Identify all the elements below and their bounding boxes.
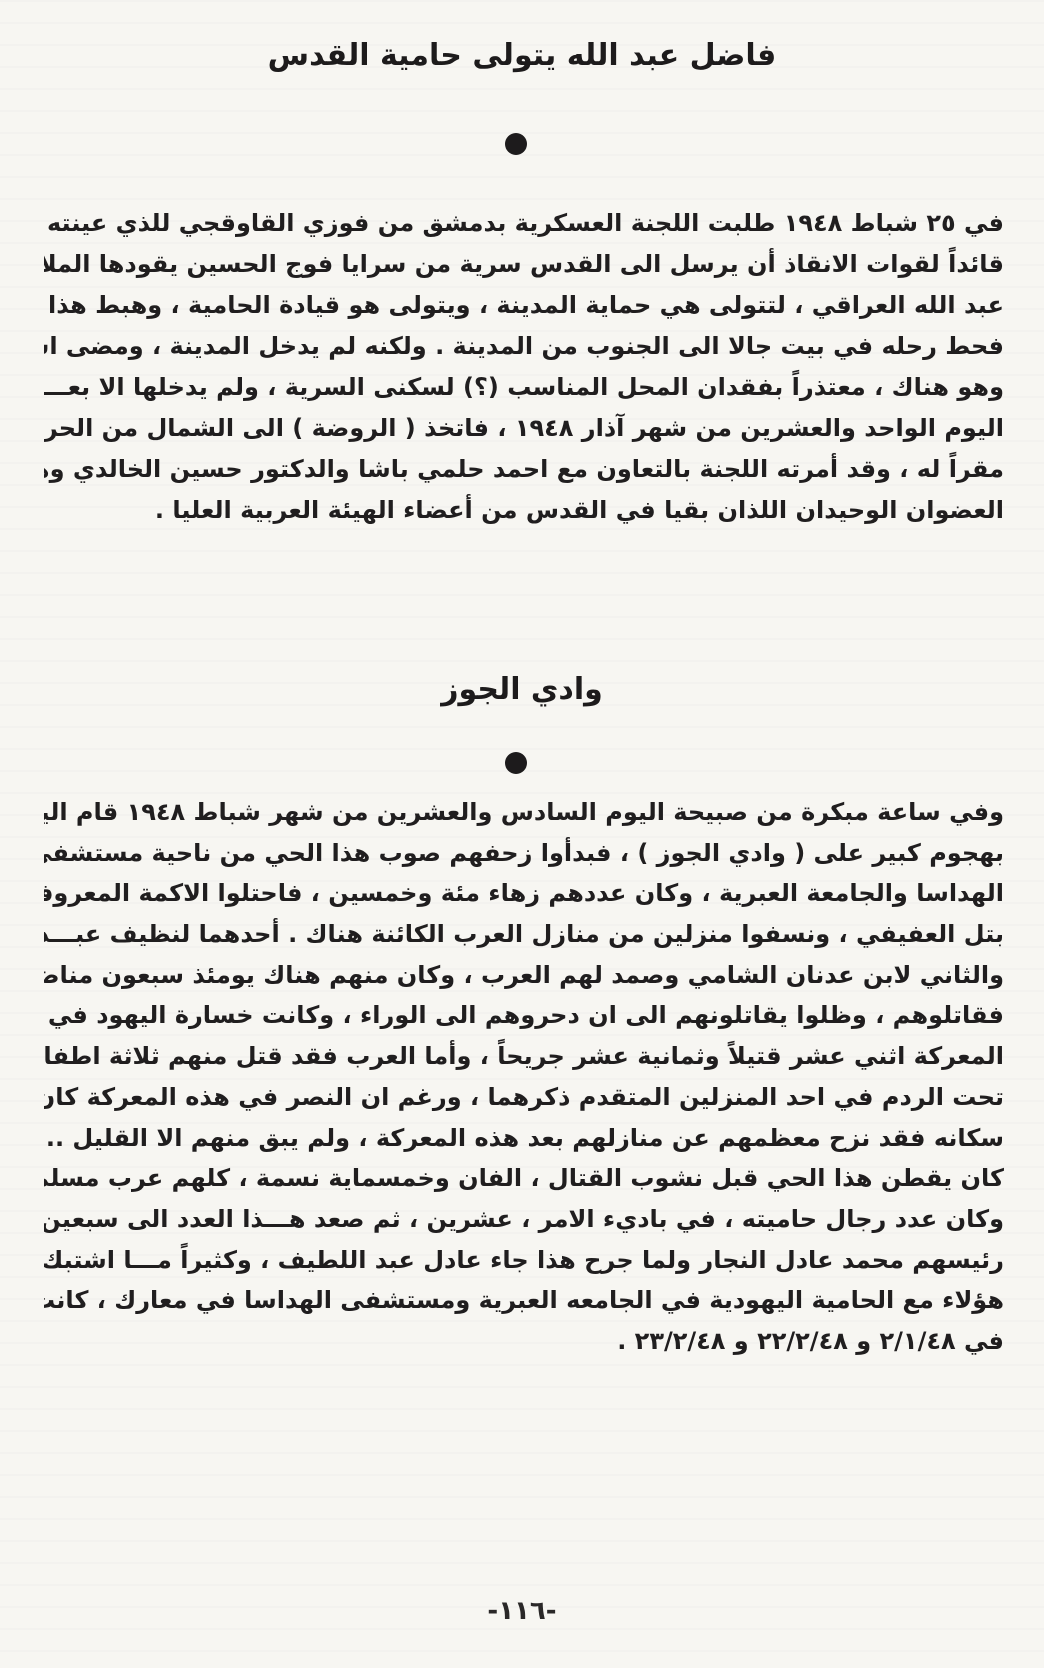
text-line: رئيسهم محمد عادل النجار ولما جرح هذا جاء…: [44, 1240, 1004, 1281]
text-line: عبد الله العراقي ، لتتولى هي حماية المدي…: [44, 285, 1004, 326]
text-line: بتل العفيفي ، ونسفوا منزلين من منازل الع…: [44, 914, 1004, 955]
bullet-dot-icon: [505, 133, 527, 155]
text-line: في ٢٥ شباط ١٩٤٨ طلبت اللجنة العسكرية بدم…: [44, 203, 1004, 244]
text-line: المعركة اثني عشر قتيلاً وثمانية عشر جريح…: [44, 1036, 1004, 1077]
text-line: مقراً له ، وقد أمرته اللجنة بالتعاون مع …: [44, 449, 1004, 490]
text-line: فقاتلوهم ، وظلوا يقاتلونهم الى ان دحروهم…: [44, 995, 1004, 1036]
text-line: وكان عدد رجال حاميته ، في باديء الامر ، …: [44, 1199, 1004, 1240]
text-line: اليوم الواحد والعشرين من شهر آذار ١٩٤٨ ،…: [44, 408, 1004, 449]
text-line: فحط رحله في بيت جالا الى الجنوب من المدي…: [44, 326, 1004, 367]
page-number: -١١٦-: [0, 1596, 1044, 1626]
document-page: فاضل عبد الله يتولى حامية القدس في ٢٥ شب…: [0, 0, 1044, 1668]
text-line: كان يقطن هذا الحي قبل نشوب القتال ، الفا…: [44, 1158, 1004, 1199]
text-line: قائداً لقوات الانقاذ أن يرسل الى القدس س…: [44, 244, 1004, 285]
text-line: وفي ساعة مبكرة من صبيحة اليوم السادس وال…: [44, 792, 1004, 833]
text-line: تحت الردم في احد المنزلين المتقدم ذكرهما…: [44, 1077, 1004, 1118]
text-line: سكانه فقد نزح معظمهم عن منازلهم بعد هذه …: [44, 1118, 1004, 1159]
subsection-title: وادي الجوز: [0, 672, 1044, 707]
text-line: والثاني لابن عدنان الشامي وصمد لهم العرب…: [44, 955, 1004, 996]
section-title: فاضل عبد الله يتولى حامية القدس: [0, 38, 1044, 73]
text-line: الهداسا والجامعة العبرية ، وكان عددهم زه…: [44, 873, 1004, 914]
text-line: هؤلاء مع الحامية اليهودية في الجامعه الع…: [44, 1280, 1004, 1321]
text-line: في ٢/١/٤٨ و ٢٢/٢/٤٨ و ٢٣/٢/٤٨ .: [44, 1321, 1004, 1362]
text-line: العضوان الوحيدان اللذان بقيا في القدس من…: [44, 490, 1004, 531]
text-line: وهو هناك ، معتذراً بفقدان المحل المناسب …: [44, 367, 1004, 408]
paragraph-2: وفي ساعة مبكرة من صبيحة اليوم السادس وال…: [44, 792, 1004, 1362]
bullet-dot-icon: [505, 752, 527, 774]
paragraph-1: في ٢٥ شباط ١٩٤٨ طلبت اللجنة العسكرية بدم…: [44, 203, 1004, 531]
text-line: بهجوم كبير على ( وادي الجوز ) ، فبدأوا ز…: [44, 833, 1004, 874]
